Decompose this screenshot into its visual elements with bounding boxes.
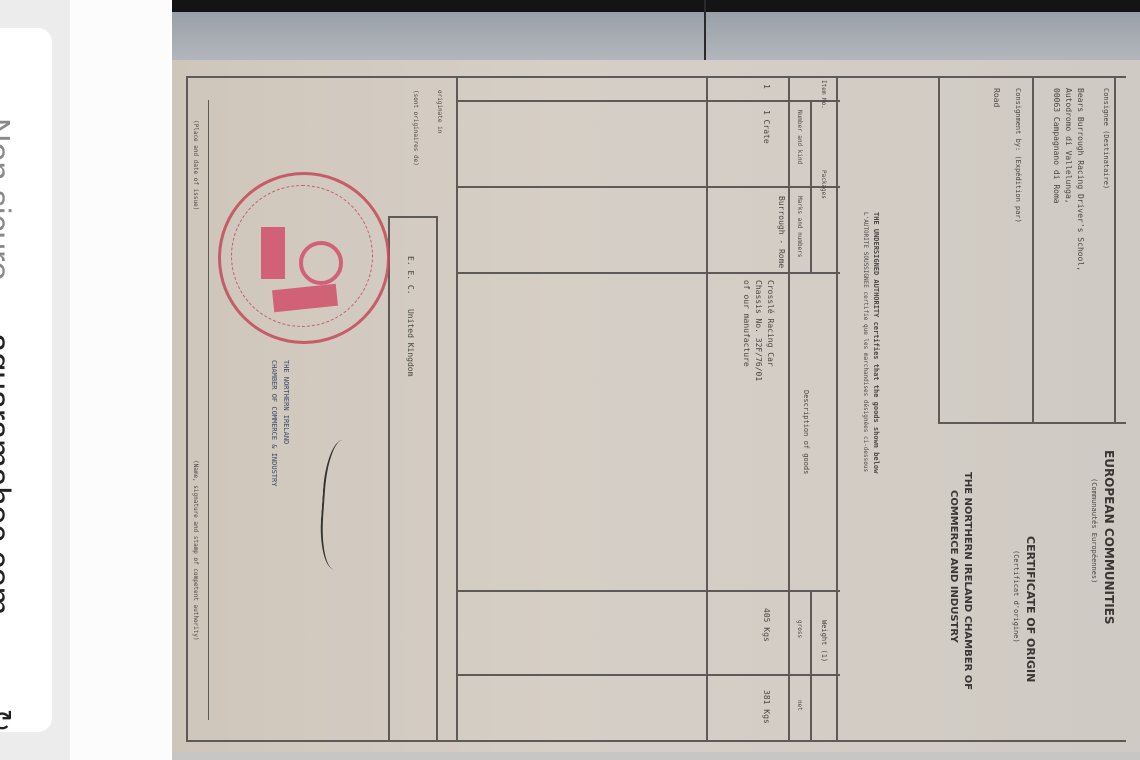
frame-left <box>186 76 188 742</box>
certificate-subtitle: (Certificat d'origine) <box>1012 550 1020 643</box>
cell-number-kind: 1 Crate <box>762 110 771 144</box>
cell-description-line3: of our manufacture <box>742 280 751 367</box>
header-packages: Packages <box>820 170 827 199</box>
url-text: aquaramahec.com <box>0 333 17 615</box>
cell-gross-weight: 405 Kgs <box>762 608 771 642</box>
certification-line1: THE UNDERSIGNED AUTHORITY certifies that… <box>872 212 880 473</box>
certification-line2: L'AUTORITE SOUSSIGNEE certifie que les m… <box>862 212 869 472</box>
header-subtitle: (Communautés Européennes) <box>1090 478 1098 583</box>
cell-net-weight: 381 Kgs <box>762 690 771 724</box>
table-line <box>456 272 840 274</box>
address-text[interactable]: Non sicuro — aquaramahec.com <box>0 138 20 698</box>
consignee-line1: Bears Burrough Racing Driver's School, <box>1076 88 1085 271</box>
consignee-line3: 00063 Campagnano di Roma <box>1052 88 1061 204</box>
inner-frame-line <box>208 100 209 720</box>
header-marks: Marks and numbers <box>796 196 803 257</box>
table-line <box>810 590 812 740</box>
consignee-label: Consignee (Destinataire) <box>1102 88 1110 189</box>
consignment-value: Road <box>992 88 1001 107</box>
origin-value: E. E. C. United Kingdom <box>406 256 415 376</box>
header-description: Description of goods <box>802 390 810 474</box>
box-line <box>938 422 1126 424</box>
chamber-stamp <box>218 172 390 344</box>
table-line <box>456 186 840 188</box>
cell-description-line2: Chassis No. 32F/76/01 <box>754 280 763 381</box>
header-item-no: Item No. <box>820 80 827 109</box>
frame-top <box>186 76 1126 78</box>
issuer-line2: COMMERCE AND INDUSTRY <box>948 490 959 643</box>
authority-line2: CHAMBER OF COMMERCE & INDUSTRY <box>270 360 278 486</box>
authority-line1: THE NORTHERN IRELAND <box>282 360 290 444</box>
origin-box-line <box>388 216 438 218</box>
document-photo: EUROPEAN COMMUNITIES (Communautés Europé… <box>172 0 1140 760</box>
cell-description-line1: Crosslé Racing Car <box>766 280 775 367</box>
origin-box-line <box>436 216 438 742</box>
certificate-paper: EUROPEAN COMMUNITIES (Communautés Europé… <box>172 60 1140 752</box>
box-line <box>1032 76 1034 424</box>
table-line <box>456 674 840 676</box>
address-bar[interactable]: Non sicuro — aquaramahec.com ↻ <box>0 28 52 732</box>
table-line <box>836 76 838 742</box>
header-net: net <box>796 700 803 711</box>
reload-icon[interactable]: ↻ <box>0 709 18 732</box>
table-line <box>456 590 840 592</box>
place-date-label: (Place and date of issue) <box>192 120 199 210</box>
table-line <box>810 102 812 272</box>
table-line <box>788 76 790 742</box>
header-weight: Weight (1) <box>820 620 828 662</box>
box-line <box>1114 76 1116 424</box>
separator: — <box>0 290 17 324</box>
header-number-kind: Number and kind <box>796 110 803 164</box>
table-line <box>456 76 458 742</box>
cell-item-no: 1 <box>762 84 771 89</box>
origin-label: originate in <box>436 90 443 133</box>
signature <box>318 439 369 572</box>
consignment-label: Consignment by: (Expédition par) <box>1014 88 1022 223</box>
box-line <box>938 76 940 424</box>
page-margin <box>70 0 170 760</box>
signature-label: (Name, signature and stamp of competent … <box>192 460 199 641</box>
header-gross: gross <box>796 620 803 638</box>
origin-sublabel: (sont originaires de) <box>412 90 419 166</box>
frame-bottom <box>186 740 1126 742</box>
table-line <box>456 100 840 102</box>
issuer-line1: THE NORTHERN IRELAND CHAMBER OF <box>962 472 973 690</box>
security-label: Non sicuro <box>0 118 17 281</box>
cell-marks: Burrough - Rome <box>762 196 786 268</box>
origin-box-line <box>388 216 390 742</box>
table-line <box>706 76 708 742</box>
header-title: EUROPEAN COMMUNITIES <box>1102 450 1116 625</box>
consignee-line2: Autodromo di Vallelunga, <box>1064 88 1073 204</box>
browser-chrome: Non sicuro — aquaramahec.com ↻ <box>0 0 70 760</box>
certificate-title: CERTIFICATE OF ORIGIN <box>1024 536 1037 682</box>
